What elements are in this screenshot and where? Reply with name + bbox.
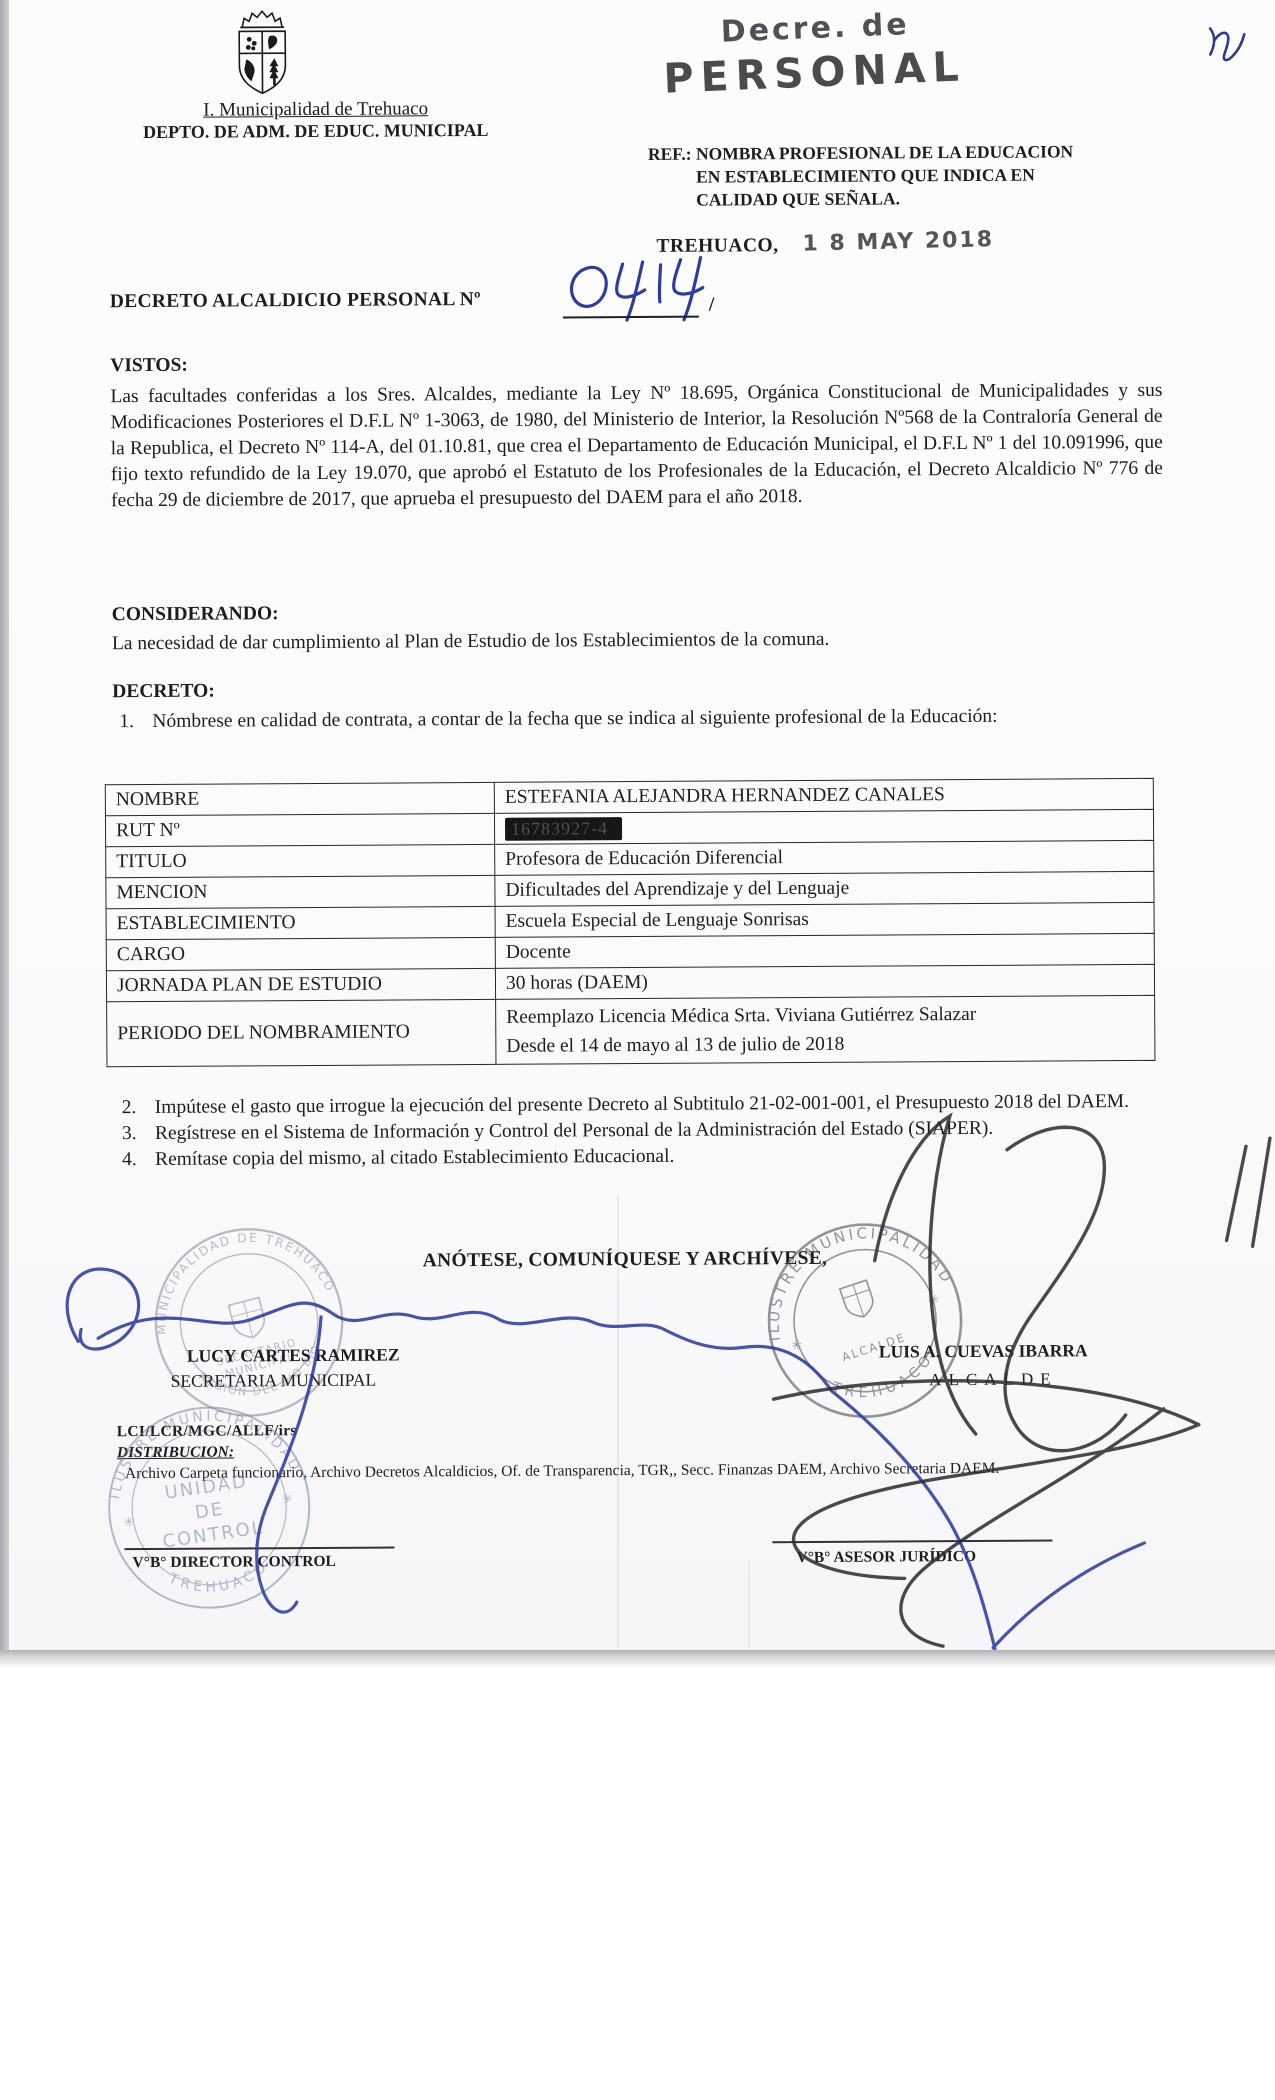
page-bottom-shadow <box>0 1650 1275 1668</box>
mayor-signature-ink <box>772 1114 1273 1647</box>
document-content: I. Municipalidad de Trehuaco DEPTO. DE A… <box>0 0 1275 1656</box>
scanned-document: I. Municipalidad de Trehuaco DEPTO. DE A… <box>0 0 1275 2100</box>
secretary-signature-ink <box>67 1263 1145 1656</box>
signature-ink-overlay <box>0 0 1275 1656</box>
